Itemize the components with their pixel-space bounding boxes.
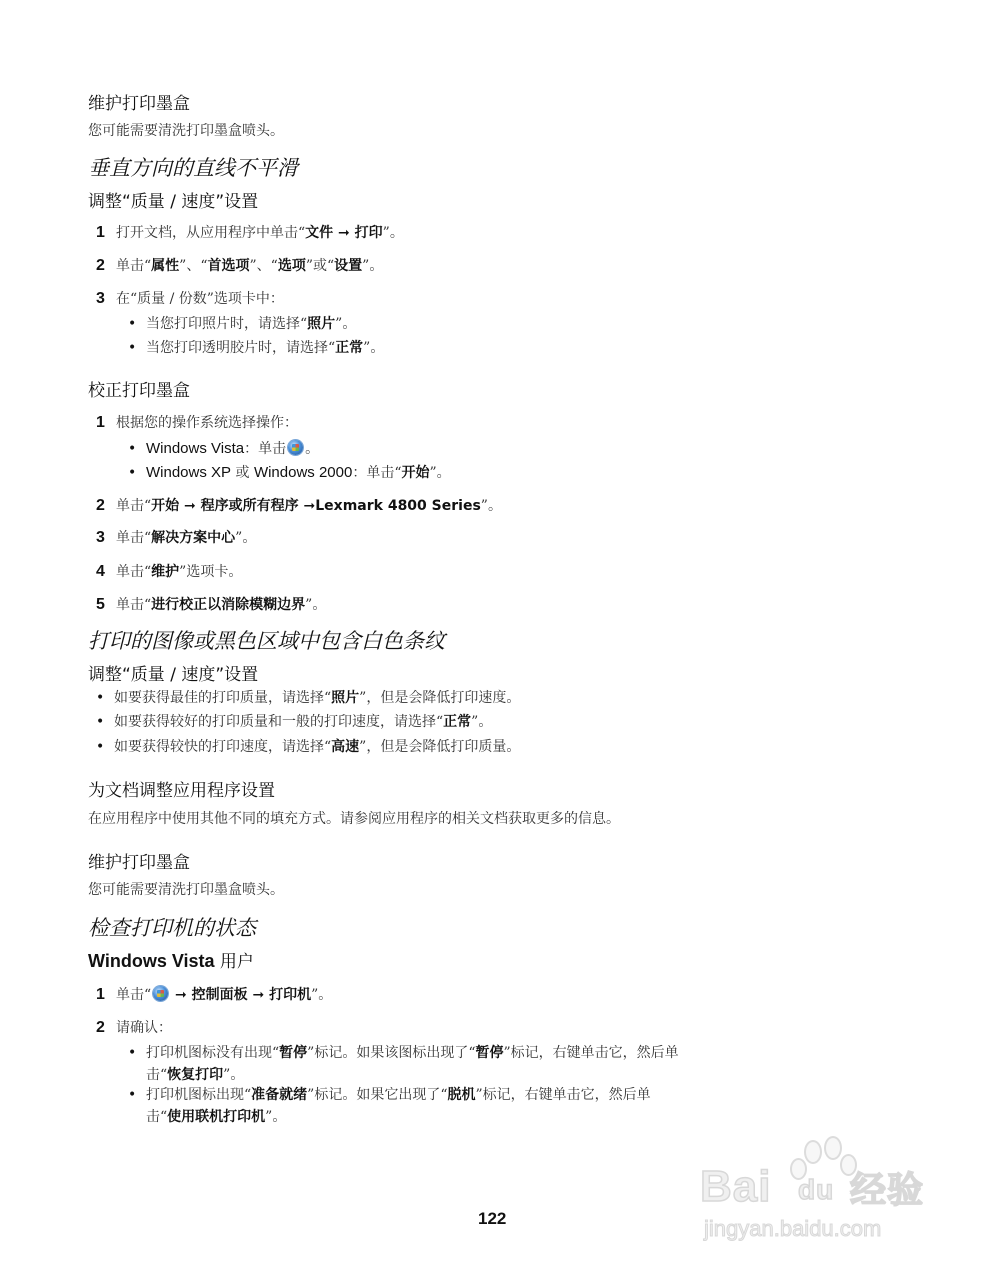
step-2: 2请确认：: [96, 1017, 172, 1037]
step-3: 3在“质量 / 份数”选项卡中：: [96, 288, 284, 308]
section-heading-align-cartridge: 校正打印墨盒: [88, 376, 190, 401]
step-number: 3: [96, 290, 116, 308]
step-1: 1根据您的操作系统选择操作：: [96, 412, 298, 432]
step-1: 1打开文档，从应用程序中单击“文件 ➞ 打印”。: [96, 222, 404, 242]
windows-start-orb-icon: [153, 986, 168, 1001]
topic-title-white-stripes: 打印的图像或黑色区域中包含白色条纹: [88, 625, 445, 655]
section-heading-vista-users: Windows Vista 用户: [88, 947, 254, 972]
bullet-item: •如要获得较好的打印质量和一般的打印速度，请选择“正常”。: [96, 711, 492, 731]
paragraph-clean-nozzles: 您可能需要清洗打印墨盒喷头。: [88, 120, 284, 140]
section-heading-maintain-cartridge: 维护打印墨盒: [88, 89, 190, 114]
bullet-item: •Windows Vista：单击。: [128, 438, 319, 458]
section-heading-quality-speed: 调整“质量 / 速度”设置: [88, 660, 258, 685]
step-number: 2: [96, 257, 116, 275]
step-5: 5单击“进行校正以消除模糊边界”。: [96, 594, 326, 614]
step-number: 1: [96, 224, 116, 242]
step-2: 2单击“属性”、“首选项”、“选项”或“设置”。: [96, 255, 383, 275]
bullet-icon: •: [128, 340, 146, 356]
bullet-item: •Windows XP 或 Windows 2000：单击“开始”。: [128, 462, 451, 482]
paw-icon: [804, 1140, 822, 1164]
step-1: 1单击“ ➞ 控制面板 ➞ 打印机”。: [96, 984, 332, 1004]
bullet-icon: •: [128, 441, 146, 457]
bullet-icon: •: [128, 316, 146, 332]
step-number: 2: [96, 497, 116, 515]
step-number: 3: [96, 529, 116, 547]
bullet-icon: •: [128, 1084, 146, 1106]
menu-path: 文件 ➞ 打印: [305, 225, 382, 241]
bullet-icon: •: [96, 739, 114, 755]
windows-start-orb-icon: [288, 440, 303, 455]
bullet-icon: •: [128, 1042, 146, 1064]
section-heading-quality-speed: 调整“质量 / 速度”设置: [88, 187, 258, 212]
step-number: 1: [96, 414, 116, 432]
bullet-item: •打印机图标没有出现“暂停”标记。如果该图标出现了“暂停”标记，右键单击它，然后…: [128, 1042, 679, 1086]
baidu-jingyan-watermark: Bai du 经验 jingyan.baidu.com: [700, 1130, 970, 1270]
step-number: 1: [96, 986, 116, 1004]
page-number: 122: [478, 1209, 506, 1229]
step-4: 4单击“维护”选项卡。: [96, 561, 242, 581]
step-3: 3单击“解决方案中心”。: [96, 527, 256, 547]
bullet-item: •当您打印透明胶片时，请选择“正常”。: [128, 337, 384, 357]
bullet-icon: •: [128, 465, 146, 481]
topic-title-printer-status: 检查打印机的状态: [88, 912, 256, 942]
step-number: 2: [96, 1019, 116, 1037]
bullet-item: •打印机图标出现“准备就绪”标记。如果它出现了“脱机”标记，右键单击它，然后单 …: [128, 1084, 651, 1128]
bullet-item: •如要获得最佳的打印质量，请选择“照片”，但是会降低打印速度。: [96, 687, 520, 707]
step-number: 4: [96, 563, 116, 581]
paragraph-app-settings: 在应用程序中使用其他不同的填充方式。请参阅应用程序的相关文档获取更多的信息。: [88, 808, 620, 828]
bullet-item: •当您打印照片时，请选择“照片”。: [128, 313, 356, 333]
section-heading-maintain-cartridge: 维护打印墨盒: [88, 848, 190, 873]
section-heading-app-settings: 为文档调整应用程序设置: [88, 776, 275, 801]
bullet-icon: •: [96, 714, 114, 730]
menu-path: ➞ 控制面板 ➞ 打印机: [170, 987, 311, 1003]
topic-title-vertical-lines: 垂直方向的直线不平滑: [88, 152, 298, 182]
step-number: 5: [96, 596, 116, 614]
step-2: 2单击“开始 ➞ 程序或所有程序 ➞Lexmark 4800 Series”。: [96, 495, 502, 515]
menu-path: 开始 ➞ 程序或所有程序 ➞Lexmark 4800 Series: [151, 498, 481, 514]
bullet-icon: •: [96, 690, 114, 706]
paragraph-clean-nozzles: 您可能需要清洗打印墨盒喷头。: [88, 879, 284, 899]
bullet-item: •如要获得较快的打印速度，请选择“高速”，但是会降低打印质量。: [96, 736, 520, 756]
